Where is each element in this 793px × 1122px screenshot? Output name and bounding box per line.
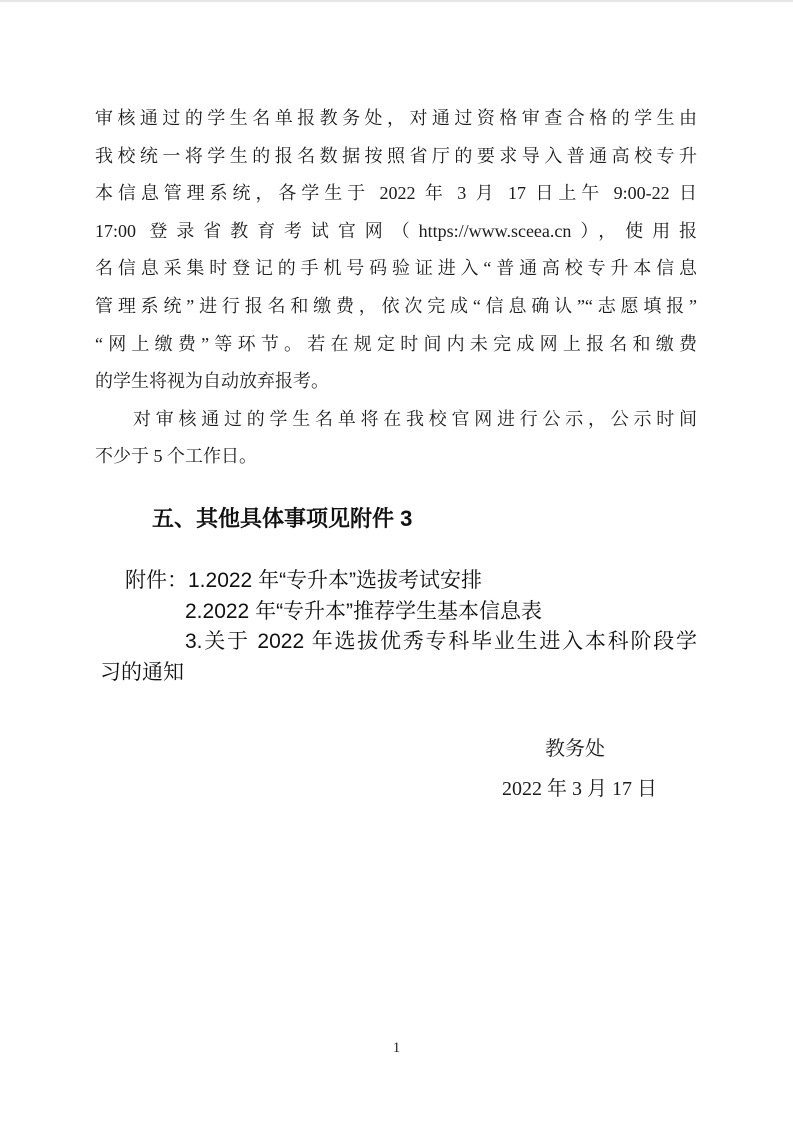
body-line: 审核通过的学生名单报教务处，对通过资格审查合格的学生由 <box>95 100 697 138</box>
body-line-paragraph-end: 不少于 5 个工作日。 <box>95 438 697 476</box>
body-line: 本信息管理系统，各学生于 2022 年 3 月 17 日上午 9:00-22 日 <box>95 175 697 213</box>
body-line: 名信息采集时登记的手机号码验证进入“普通高校专升本信息 <box>95 250 697 288</box>
body-text-block: 审核通过的学生名单报教务处，对通过资格审查合格的学生由 我校统一将学生的报名数据… <box>95 100 697 476</box>
section-heading: 五、其他具体事项见附件 3 <box>152 504 412 534</box>
attachment-line-3-wrap: 习的通知 <box>95 658 697 689</box>
signature-date: 2022 年 3 月 17 日 <box>502 778 657 800</box>
page-number: 1 <box>0 1040 793 1056</box>
body-line-paragraph-start: 对审核通过的学生名单将在我校官网进行公示，公示时间 <box>95 401 697 439</box>
document-page: 审核通过的学生名单报教务处，对通过资格审查合格的学生由 我校统一将学生的报名数据… <box>0 0 793 1122</box>
signature-department: 教务处 <box>545 738 605 760</box>
attachment-line-2: 2.2022 年“专升本”推荐学生基本信息表 <box>95 597 697 628</box>
body-line: 17:00 登录省教育考试官网（https://www.sceea.cn），使用… <box>95 213 697 251</box>
body-line: “网上缴费”等环节。若在规定时间内未完成网上报名和缴费 <box>95 326 697 364</box>
body-line-paragraph-end: 的学生将视为自动放弃报考。 <box>95 363 697 401</box>
attachments-block: 附件：1.2022 年“专升本”选拔考试安排 2.2022 年“专升本”推荐学生… <box>95 566 697 688</box>
attachment-line-1: 附件：1.2022 年“专升本”选拔考试安排 <box>95 566 697 597</box>
attachment-line-3: 3.关于 2022 年选拔优秀专科毕业生进入本科阶段学 <box>95 627 697 658</box>
body-line: 管理系统”进行报名和缴费，依次完成“信息确认”“志愿填报” <box>95 288 697 326</box>
body-line: 我校统一将学生的报名数据按照省厅的要求导入普通高校专升 <box>95 138 697 176</box>
